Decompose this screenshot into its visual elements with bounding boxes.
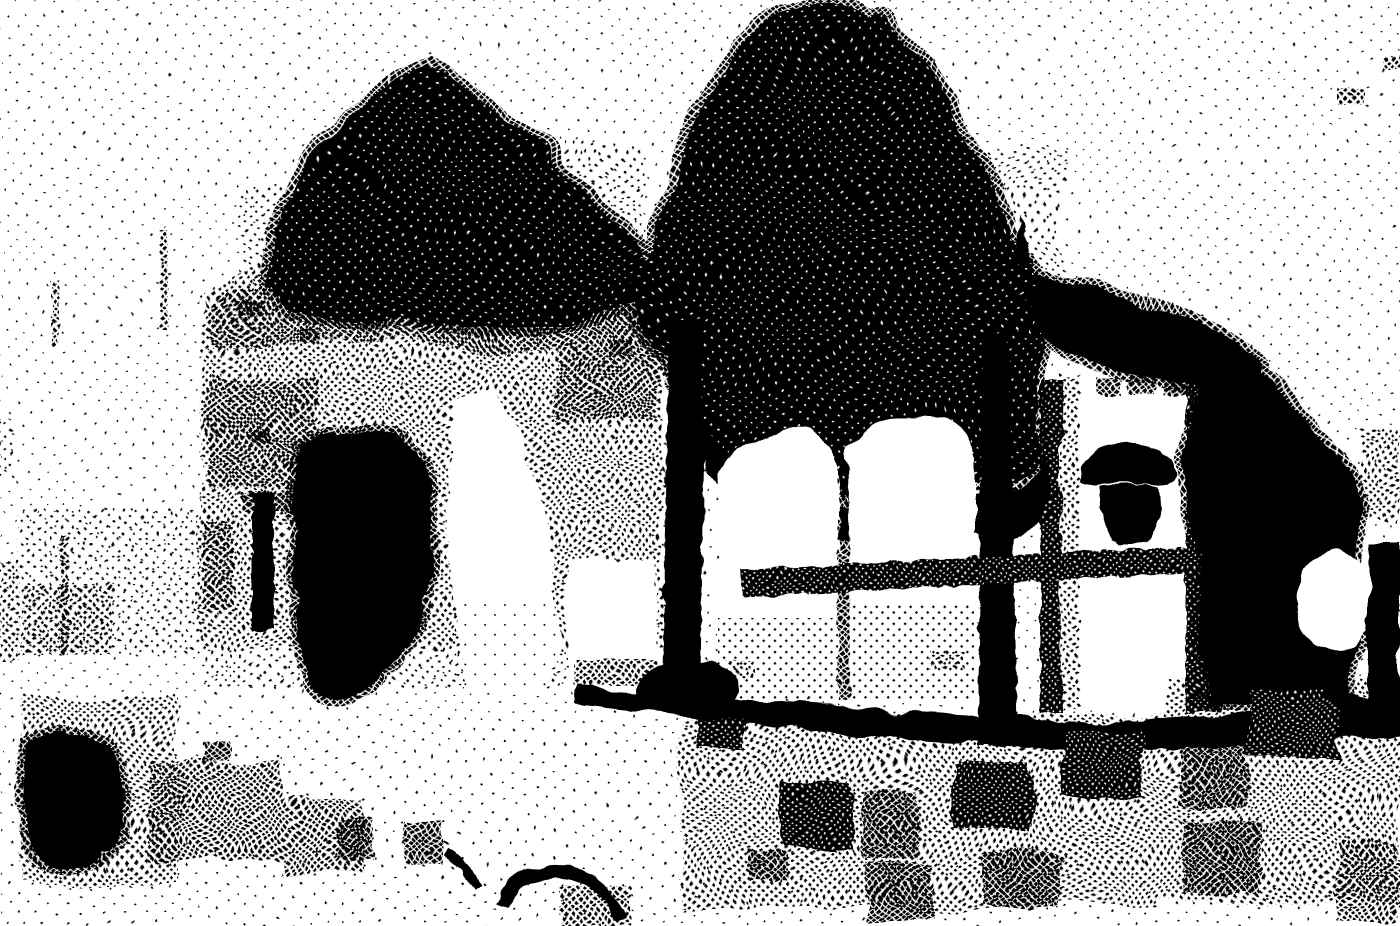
fence-post	[52, 282, 59, 346]
sky-fleck	[1384, 56, 1400, 68]
rubble-stone	[700, 718, 744, 748]
right-edge-haze	[1360, 428, 1400, 520]
tower-opening	[1096, 378, 1120, 396]
edge-haze	[0, 420, 14, 480]
edge-haze	[0, 560, 20, 660]
panel-fleck	[930, 650, 964, 670]
yard-wall-shadow	[22, 585, 112, 655]
rubble-tuft	[204, 742, 230, 762]
rubble-stone	[1182, 820, 1262, 894]
wall-fleck	[250, 430, 270, 444]
artwork-root	[0, 0, 1400, 926]
rubble-stone	[866, 862, 932, 922]
sky-fleck	[1338, 88, 1364, 104]
halftone-photograph	[0, 0, 1400, 926]
rubble-stone	[862, 792, 918, 858]
rubble-stone	[782, 782, 852, 848]
porch-shadow	[205, 520, 233, 610]
rubble-patch	[150, 760, 280, 860]
rubble-stone	[1180, 745, 1250, 805]
gable-grain	[452, 600, 560, 692]
tower-edge-shading	[1060, 375, 1080, 710]
rubble-stone	[748, 850, 788, 880]
rubble-stone	[1062, 730, 1142, 798]
rubble-stone	[338, 818, 374, 860]
wall-fleck	[300, 330, 320, 344]
wall-fleck	[238, 300, 264, 316]
rubble-patch	[1338, 842, 1400, 922]
rubble-patch	[560, 886, 630, 926]
porch-post	[252, 494, 274, 630]
rubble-stone	[404, 822, 442, 864]
rubble-stone	[982, 852, 1060, 908]
bright-bush	[1298, 548, 1374, 652]
fence-post	[160, 230, 168, 330]
rubble-cluster-dark	[23, 732, 123, 868]
wall-fleck	[610, 340, 632, 356]
photo-canvas	[0, 0, 1400, 926]
rubble-stone	[952, 762, 1032, 828]
ground-streak	[574, 660, 656, 686]
